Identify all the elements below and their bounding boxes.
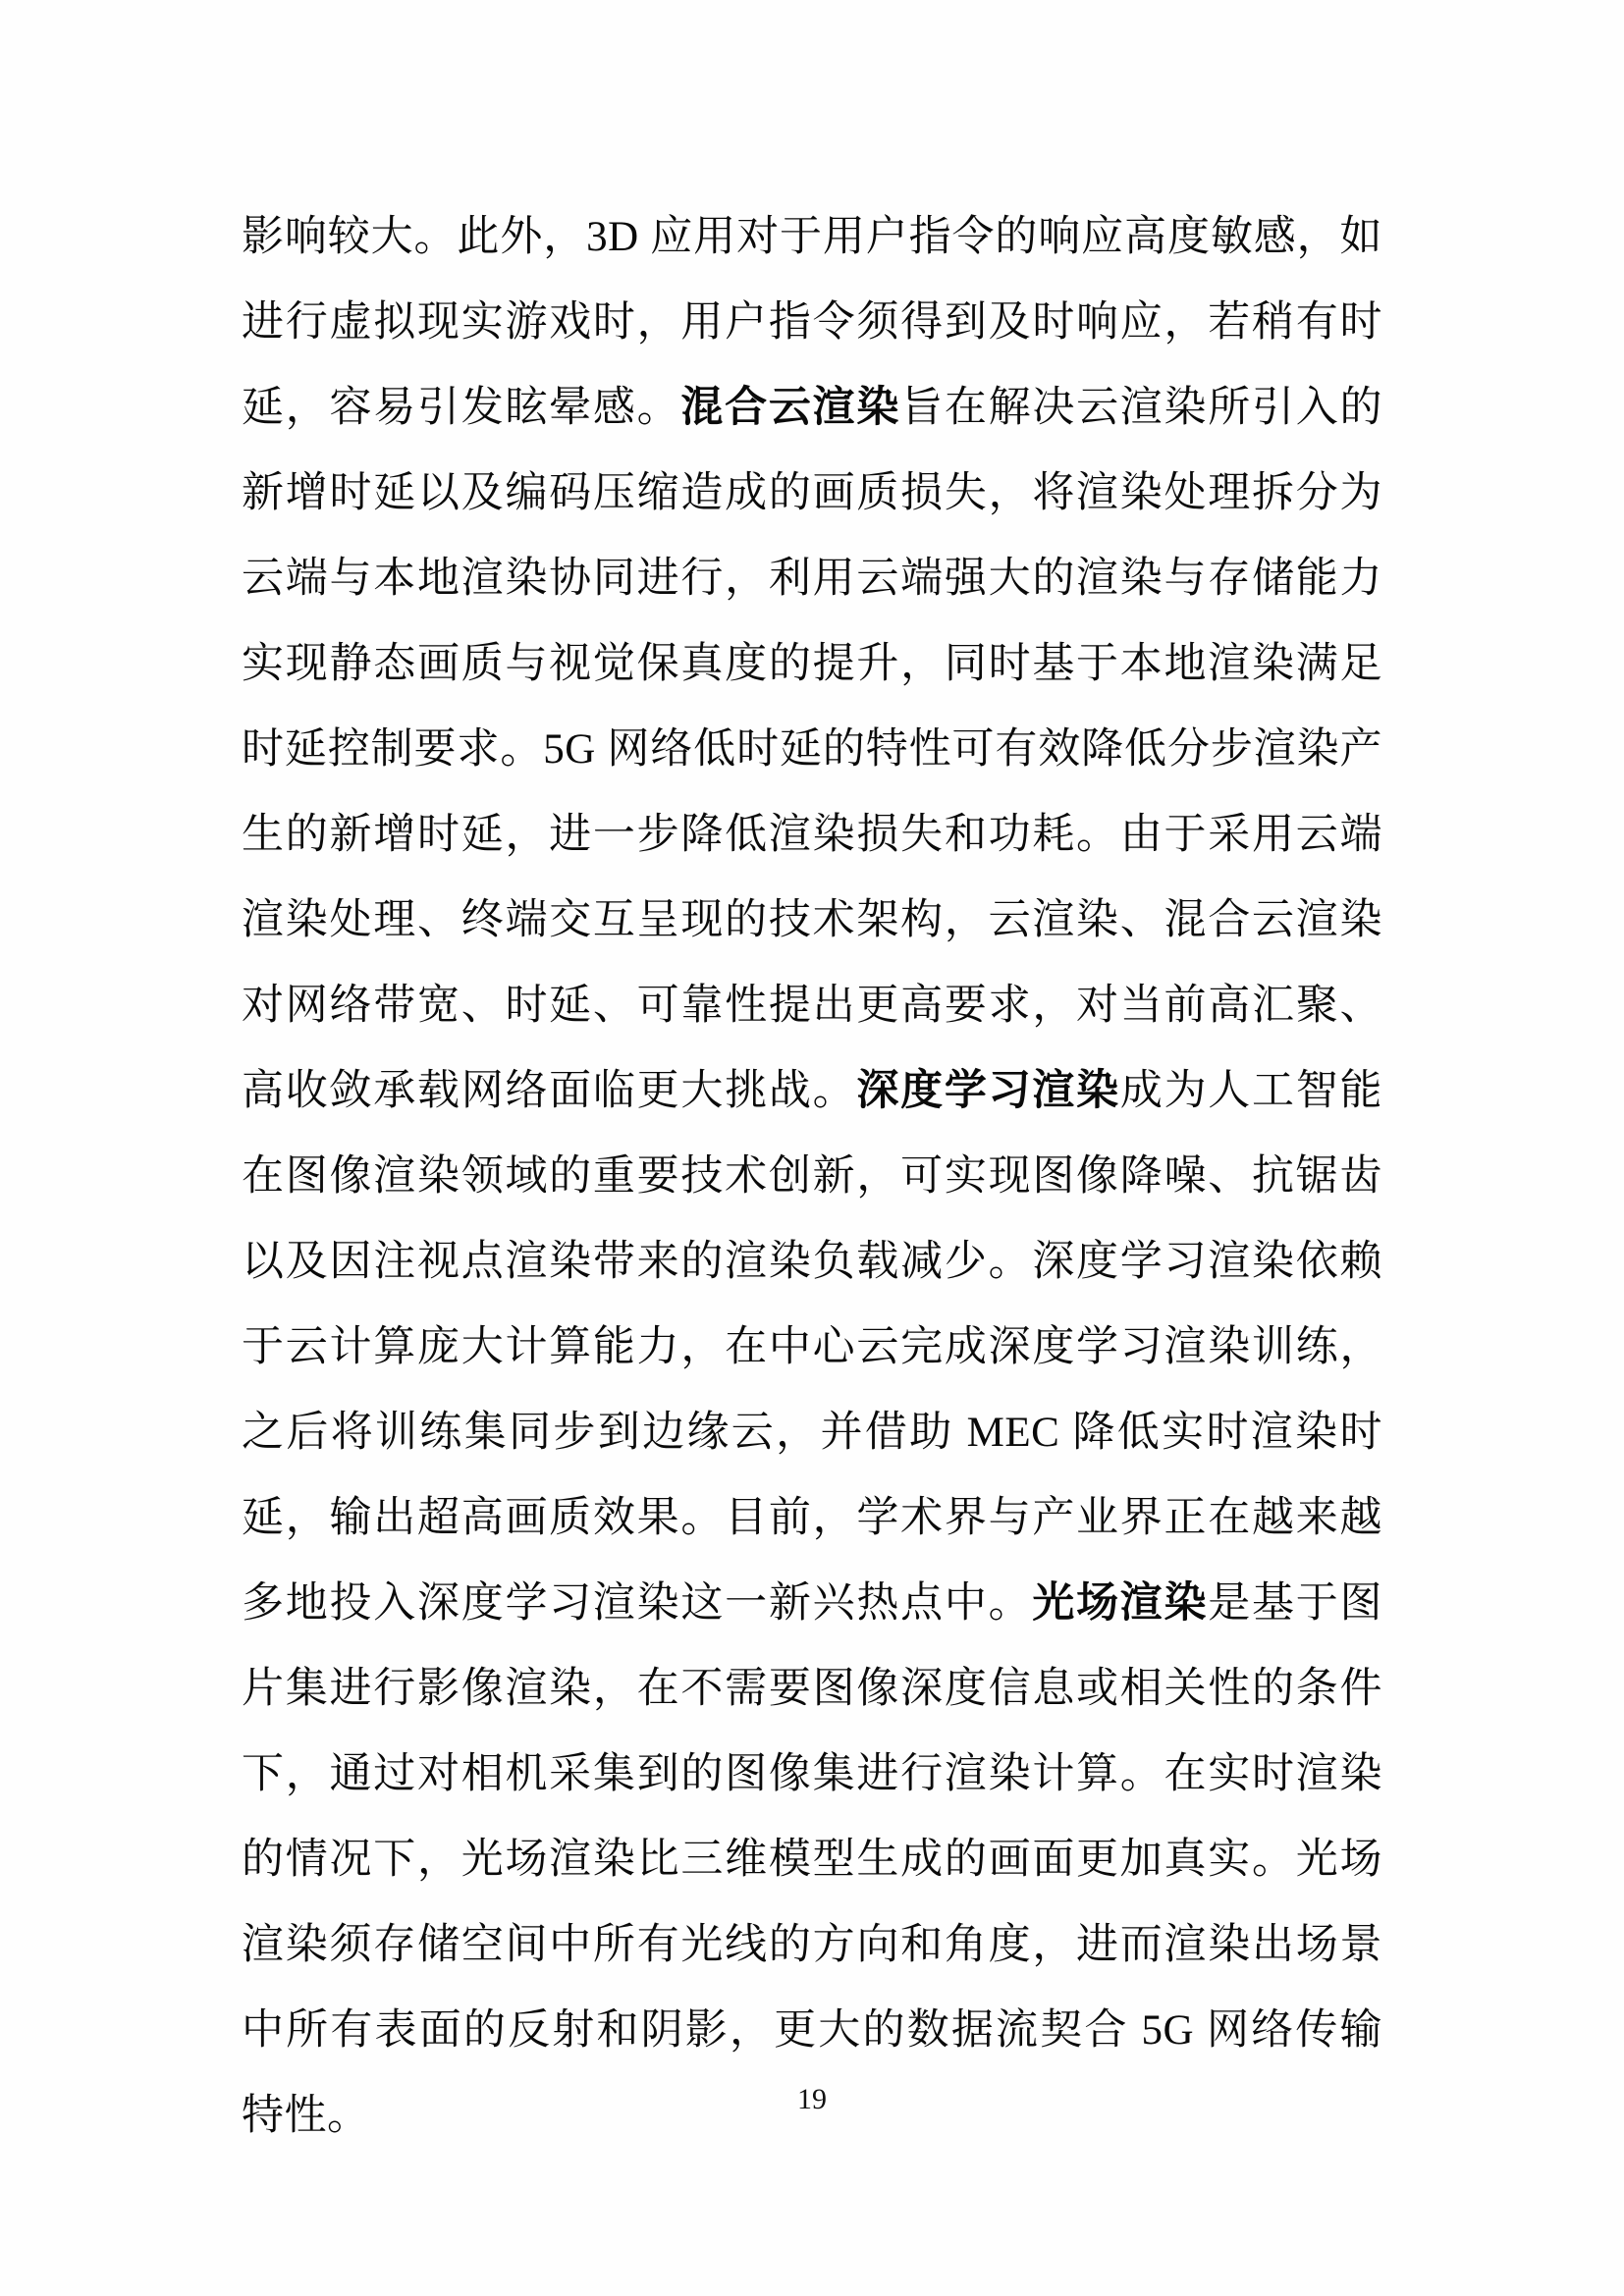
page-number: 19 xyxy=(0,2083,1624,2116)
text-segment: 是基于图片集进行影像渲染，在不需要图像深度信息或相关性的条件下，通过对相机采集到… xyxy=(242,1580,1382,2139)
text-segment: 旨在解决云渲染所引入的新增时延以及编码压缩造成的画质损失，将渲染处理拆分为云端与… xyxy=(242,385,1382,1114)
key-term-bold: 光场渲染 xyxy=(1032,1580,1208,1627)
body-paragraph: 影响较大。此外，3D 应用对于用户指令的响应高度敏感，如进行虚拟现实游戏时，用户… xyxy=(242,194,1382,2159)
key-term-bold: 深度学习渲染 xyxy=(856,1068,1119,1114)
text-segment: 成为人工智能在图像渲染领域的重要技术创新，可实现图像降噪、抗锯齿以及因注视点渲染… xyxy=(242,1068,1382,1627)
document-page: 影响较大。此外，3D 应用对于用户指令的响应高度敏感，如进行虚拟现实游戏时，用户… xyxy=(0,0,1624,2296)
key-term-bold: 混合云渲染 xyxy=(680,385,900,431)
